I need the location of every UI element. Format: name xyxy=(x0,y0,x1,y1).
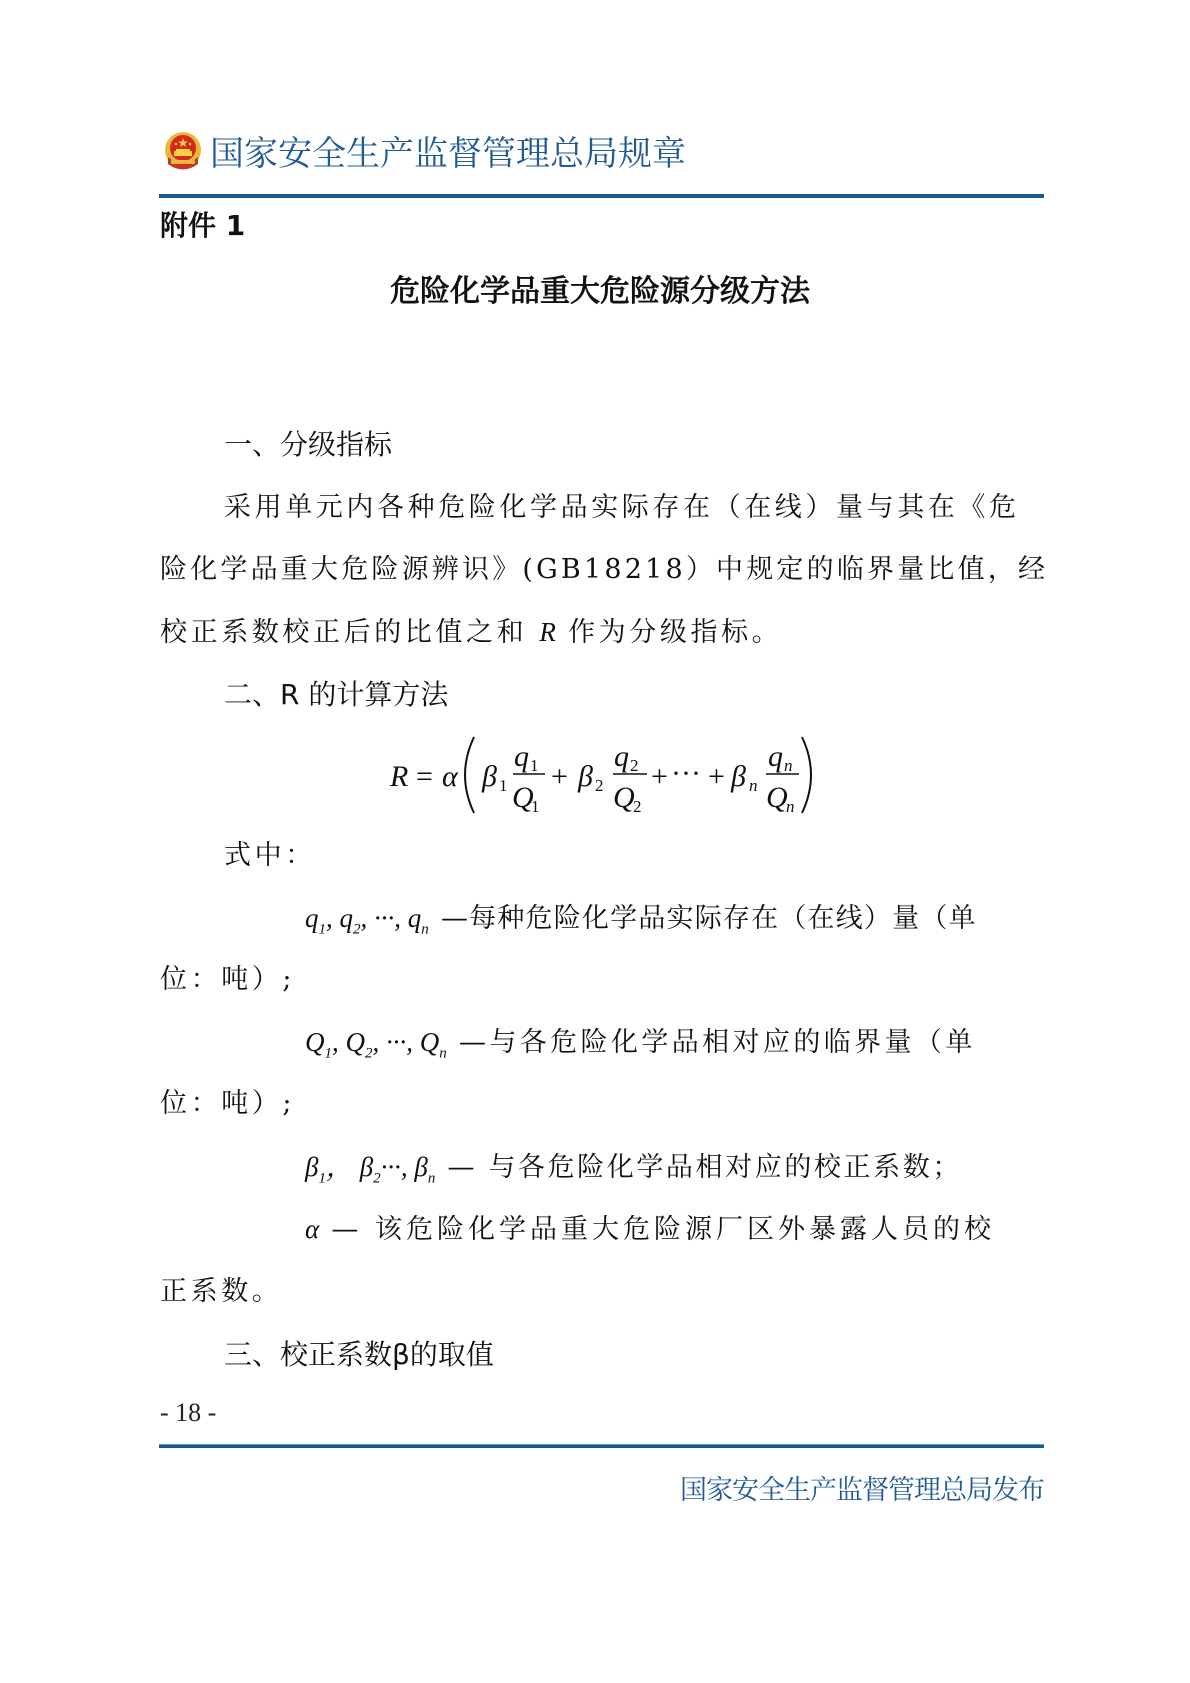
svg-text:Q: Q xyxy=(766,781,788,814)
svg-text:+: + xyxy=(708,760,725,793)
svg-text:n: n xyxy=(784,756,793,775)
q-symbols: q1, q2, ···, qn xyxy=(305,903,429,933)
section-heading-1: 一、分级指标 xyxy=(224,427,392,463)
definition-continuation: 位：吨）; xyxy=(160,962,295,998)
svg-text:q: q xyxy=(614,740,629,773)
Q-symbols: Q1, Q2, ···, Qn xyxy=(305,1027,447,1057)
definition-text: — 该危险化学品重大危险源厂区外暴露人员的校 xyxy=(331,1214,995,1245)
paragraph-line: 校正系数校正后的比值之和 R 作为分级指标。 xyxy=(160,614,782,651)
svg-text:+: + xyxy=(551,760,568,793)
beta-n: β xyxy=(730,760,746,793)
definition-text: —每种危险化学品实际存在（在线）量（单 xyxy=(441,903,977,934)
svg-text:1: 1 xyxy=(530,756,539,775)
svg-text:2: 2 xyxy=(595,776,604,795)
header-divider xyxy=(159,194,1044,198)
formula-lhs: R xyxy=(389,760,408,793)
definition-beta: β1， β2···, βn — 与各危险化学品相对应的校正系数； xyxy=(305,1149,962,1196)
header-title: 国家安全生产监督管理总局规章 xyxy=(210,134,686,174)
beta-symbols: β1， β2···, βn xyxy=(305,1152,435,1182)
definition-q: q1, q2, ···, qn —每种危险化学品实际存在（在线）量（单 xyxy=(305,900,977,947)
footer-divider xyxy=(159,1444,1044,1448)
svg-text:n: n xyxy=(786,797,795,816)
paragraph-text: 作为分级指标。 xyxy=(568,617,782,648)
svg-text:1: 1 xyxy=(531,797,540,816)
paragraph-text: 校正系数校正后的比值之和 xyxy=(160,617,527,648)
formula-alpha: α xyxy=(442,760,459,793)
svg-text:q: q xyxy=(514,740,529,773)
section-heading-3: 三、校正系数β的取值 xyxy=(224,1337,494,1373)
attachment-label: 附件 1 xyxy=(160,208,245,244)
svg-text:n: n xyxy=(749,776,758,795)
definition-text: —与各危险化学品相对应的临界量（单 xyxy=(459,1027,976,1058)
definition-continuation: 位：吨）; xyxy=(160,1086,295,1122)
national-emblem-icon xyxy=(163,131,203,173)
paragraph-line: 采用单元内各种危险化学品实际存在（在线）量与其在《危 xyxy=(224,490,1020,526)
formula-eq: = xyxy=(416,760,433,793)
definition-Q: Q1, Q2, ···, Qn —与各危险化学品相对应的临界量（单 xyxy=(305,1024,976,1071)
svg-text:q: q xyxy=(768,740,783,773)
section-heading-2: 二、R 的计算方法 xyxy=(224,677,448,713)
svg-text:1: 1 xyxy=(499,776,508,795)
r-variable: R xyxy=(539,617,556,647)
definition-text: — 与各危险化学品相对应的校正系数； xyxy=(448,1152,962,1183)
beta-2: β xyxy=(577,760,593,793)
svg-text:+: + xyxy=(651,760,668,793)
document-title: 危险化学品重大危险源分级方法 xyxy=(0,272,1190,312)
svg-text:2: 2 xyxy=(633,797,642,816)
r-formula: R = α β 1 q 1 Q 1 + β 2 q 2 Q 2 + ··· + xyxy=(388,733,818,817)
definition-continuation: 正系数。 xyxy=(160,1274,282,1310)
alpha-symbol: α xyxy=(305,1214,319,1244)
svg-text:Q: Q xyxy=(613,781,635,814)
svg-text:2: 2 xyxy=(630,756,639,775)
svg-text:···: ··· xyxy=(671,757,701,790)
where-label: 式中： xyxy=(224,838,316,874)
footer-publisher: 国家安全生产监督管理总局发布 xyxy=(653,1474,1044,1508)
paragraph-line: 险化学品重大危险源辨识》(GB18218）中规定的临界量比值，经 xyxy=(160,552,1048,588)
definition-alpha: α — 该危险化学品重大危险源厂区外暴露人员的校 xyxy=(305,1211,995,1248)
beta-1: β xyxy=(481,760,497,793)
page-number: - 18 - xyxy=(160,1398,216,1428)
